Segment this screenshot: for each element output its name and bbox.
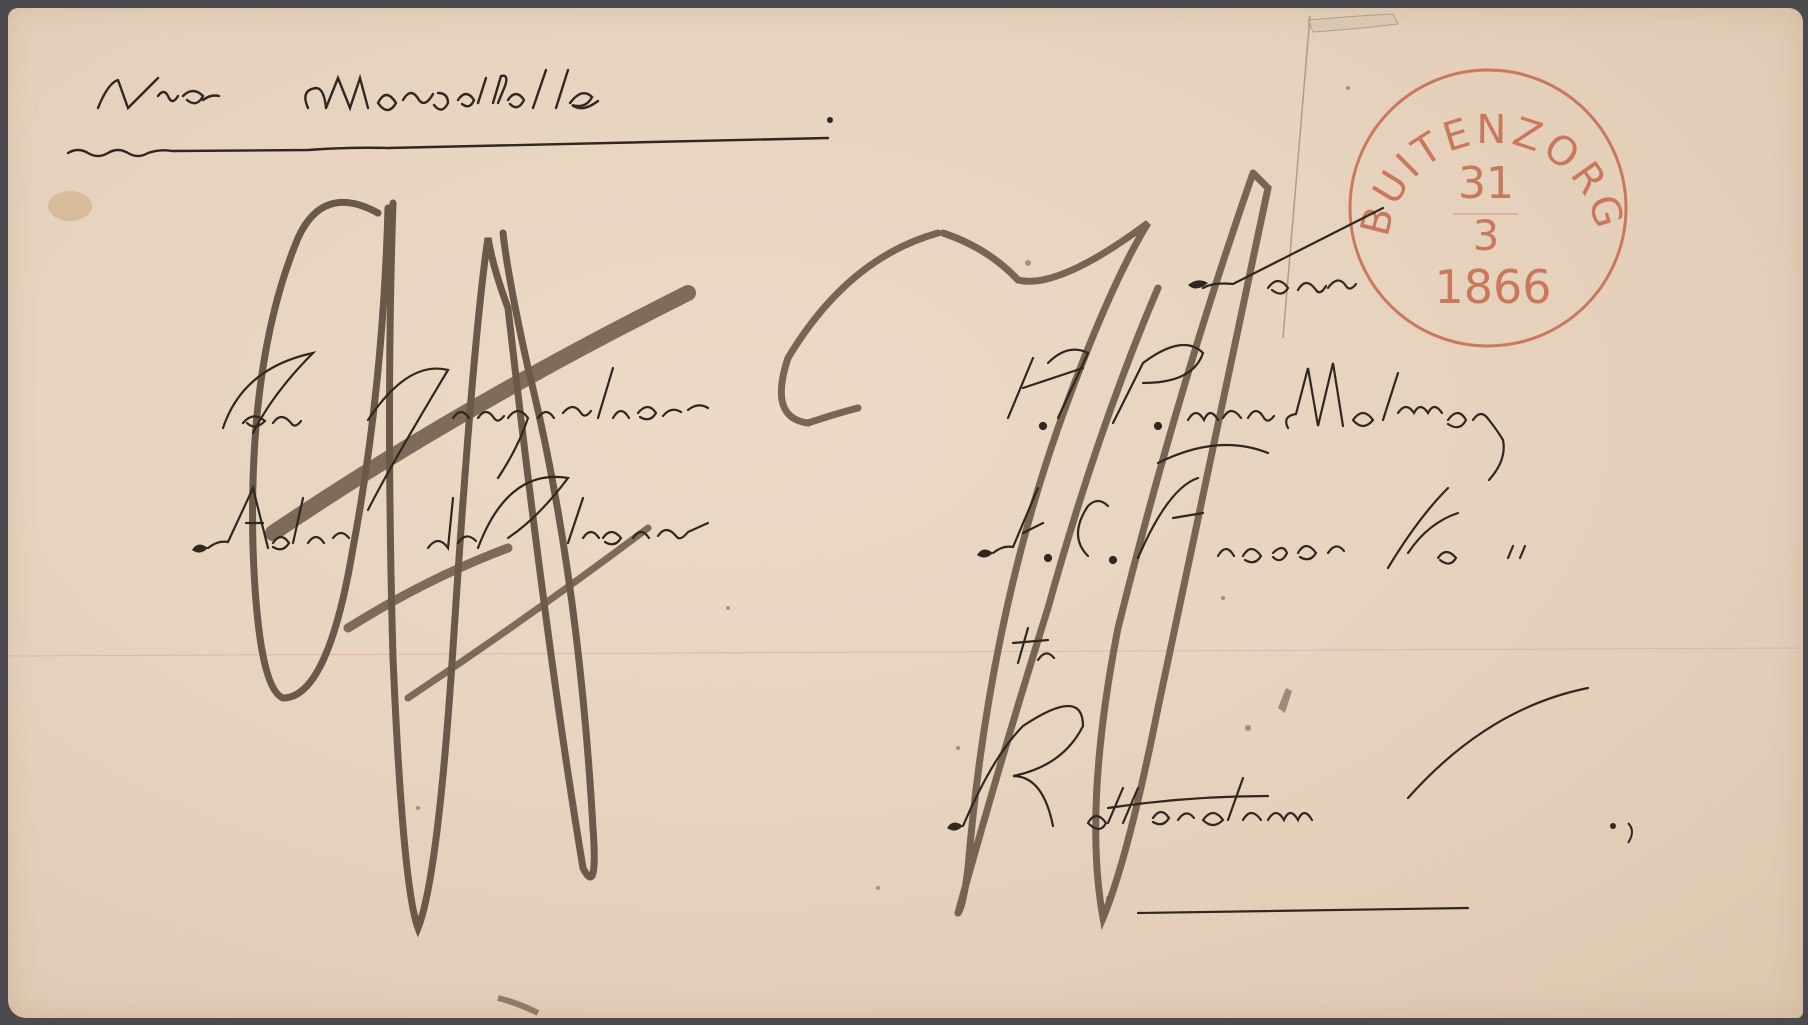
envelope: via Marseille. [8,8,1803,1018]
photo-frame: via Marseille. [0,0,1808,1025]
